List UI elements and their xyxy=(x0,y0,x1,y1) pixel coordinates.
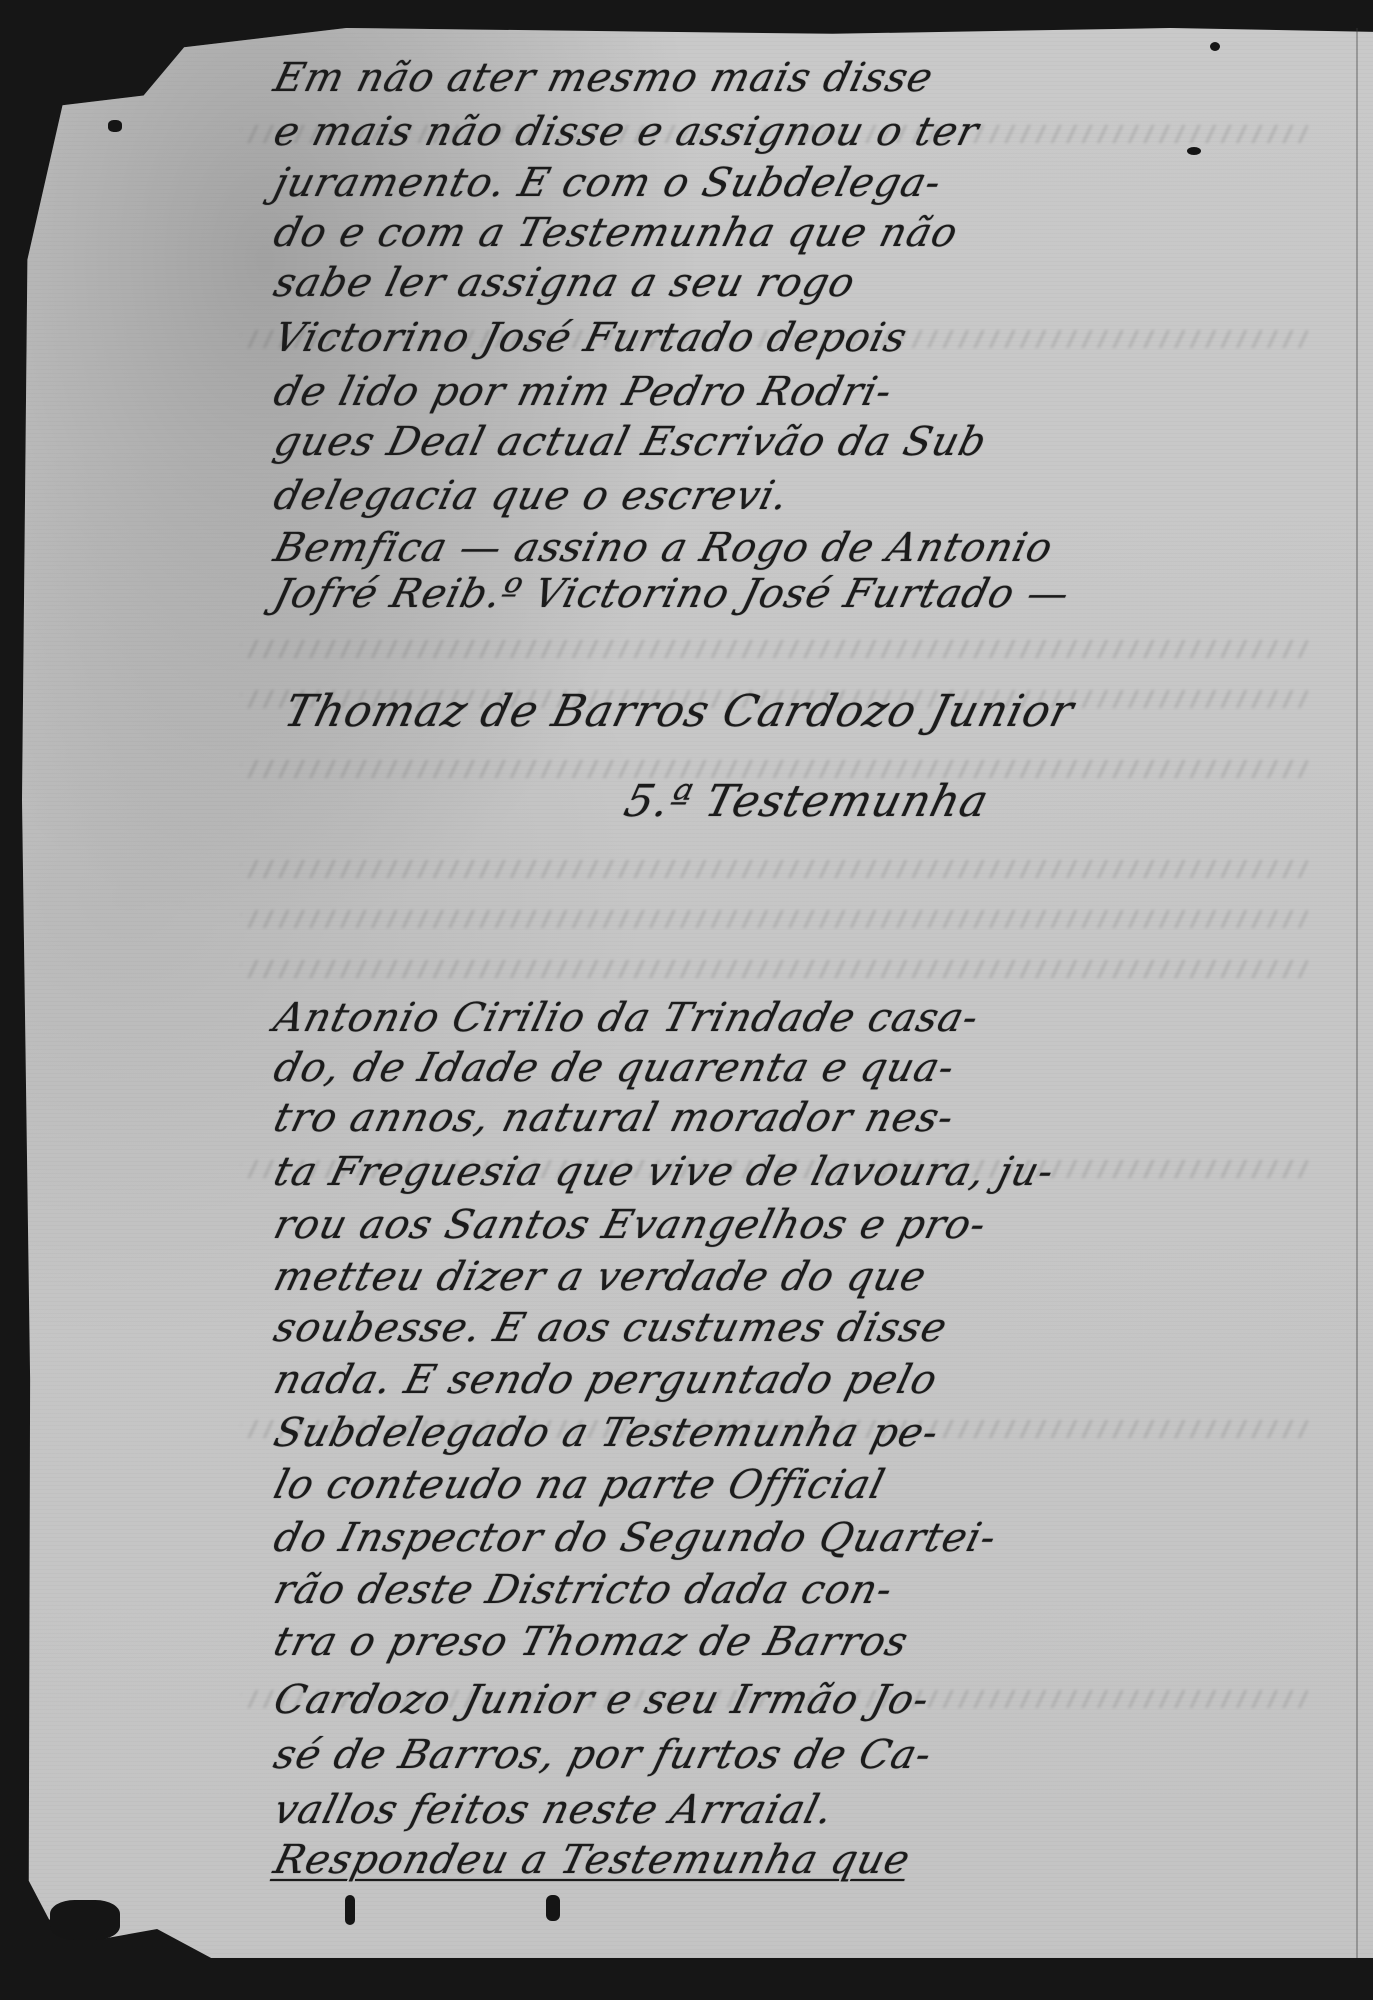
text-line: sé de Barros, por furtos de Ca- xyxy=(270,1735,1280,1775)
ink-spot xyxy=(1210,42,1220,51)
section-heading: 5.ª Testemunha xyxy=(620,780,1373,824)
text-line: tra o preso Thomaz de Barros xyxy=(270,1622,1280,1662)
text-line: nada. E sendo perguntado pelo xyxy=(270,1360,1280,1400)
text-line: do, de Idade de quarenta e qua- xyxy=(270,1048,1280,1088)
text-line: vallos feitos neste Arraial. xyxy=(270,1790,1280,1830)
signature: Thomaz de Barros Cardozo Junior xyxy=(280,690,1291,734)
text-line: rou aos Santos Evangelhos e pro- xyxy=(270,1205,1280,1245)
page-fold-line xyxy=(1356,28,1358,1958)
text-line: Cardozo Junior e seu Irmão Jo- xyxy=(270,1680,1280,1720)
bleed-through-ink xyxy=(240,960,1313,978)
bleed-through-ink xyxy=(240,860,1313,878)
text-line: de lido por mim Pedro Rodri- xyxy=(270,372,1280,412)
closing-line: Respondeu a Testemunha que xyxy=(270,1840,1280,1880)
text-line: e mais não disse e assignou o ter xyxy=(270,112,1280,152)
text-line: Victorino José Furtado depois xyxy=(270,318,1280,358)
text-line: sabe ler assigna a seu rogo xyxy=(270,263,1280,303)
text-line: juramento. E com o Subdelega- xyxy=(270,163,1280,203)
text-line: metteu dizer a verdade do que xyxy=(270,1257,1280,1297)
text-line: Em não ater mesmo mais disse xyxy=(270,58,1280,98)
bleed-through-ink xyxy=(240,640,1313,658)
text-line: tro annos, natural morador nes- xyxy=(270,1098,1280,1138)
bleed-through-ink xyxy=(240,910,1313,928)
text-line: rão deste Districto dada con- xyxy=(270,1570,1280,1610)
text-line: Jofré Reib.º Victorino José Furtado — xyxy=(270,574,1280,614)
ink-spot xyxy=(108,120,122,132)
text-line: Bemfica — assino a Rogo de Antonio xyxy=(270,528,1280,568)
text-line: delegacia que o escrevi. xyxy=(270,476,1280,516)
ink-blot xyxy=(50,1900,120,1940)
ink-blot xyxy=(546,1895,560,1921)
text-line: ta Freguesia que vive de lavoura, ju- xyxy=(270,1152,1280,1192)
ink-spot xyxy=(345,1895,355,1925)
text-line: do e com a Testemunha que não xyxy=(270,213,1280,253)
text-line: soubesse. E aos custumes disse xyxy=(270,1308,1280,1348)
text-line: lo conteudo na parte Official xyxy=(270,1465,1280,1505)
text-line: Subdelegado a Testemunha pe- xyxy=(270,1413,1280,1453)
text-line: do Inspector do Segundo Quartei- xyxy=(270,1518,1280,1558)
text-line: Antonio Cirilio da Trindade casa- xyxy=(270,998,1280,1038)
text-line: gues Deal actual Escrivão da Sub xyxy=(270,422,1280,462)
